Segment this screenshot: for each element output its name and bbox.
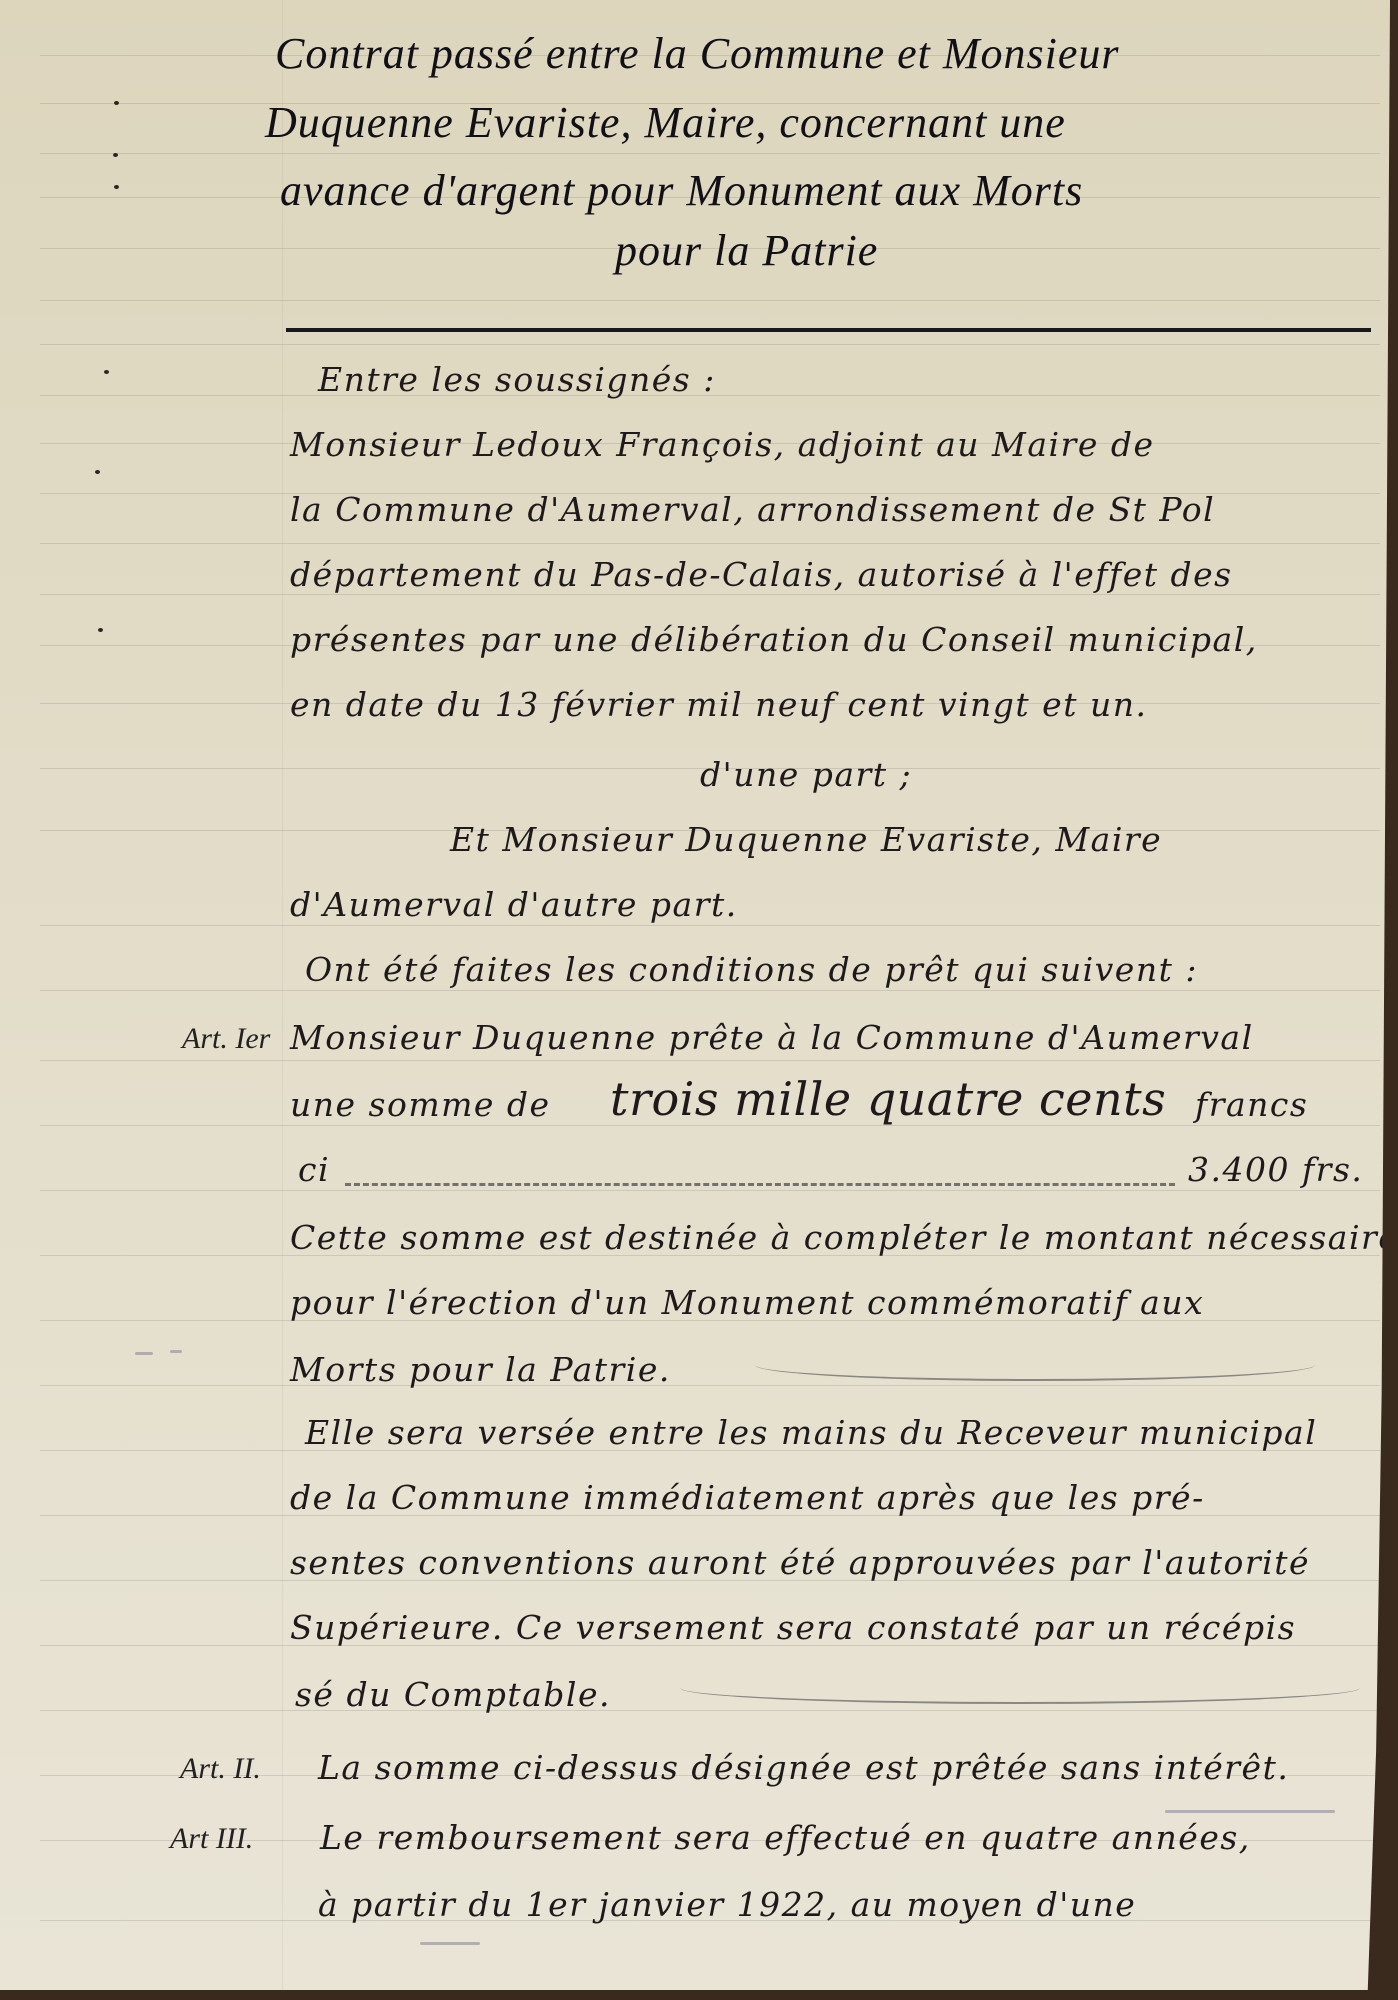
article-label: Art. II. xyxy=(180,1752,261,1786)
body-line: d'une part ; xyxy=(700,755,912,794)
ruled-line xyxy=(40,1190,1380,1191)
title-line-3: avance d'argent pour Monument aux Morts xyxy=(280,165,1083,216)
margin-line xyxy=(282,0,283,1990)
ruled-line xyxy=(40,300,1380,301)
article-line: une somme de xyxy=(290,1085,551,1124)
body-line: département du Pas-de-Calais, autorisé à… xyxy=(290,555,1233,594)
article-line: Le remboursement sera effectué en quatre… xyxy=(320,1818,1251,1857)
document-page: Contrat passé entre la Commune et Monsie… xyxy=(0,0,1390,1990)
ink-dot xyxy=(114,101,119,105)
body-line: Entre les soussignés : xyxy=(318,360,716,399)
amount-unit: francs xyxy=(1195,1085,1308,1124)
ruled-line xyxy=(40,344,1380,345)
heading-rule xyxy=(286,328,1371,332)
title-line-1: Contrat passé entre la Commune et Monsie… xyxy=(275,28,1120,79)
body-line: Et Monsieur Duquenne Evariste, Maire xyxy=(450,820,1162,859)
flourish-line xyxy=(755,1365,1315,1381)
article-label: Art III. xyxy=(170,1822,253,1856)
pencil-mark xyxy=(420,1942,480,1945)
body-line: Ont été faites les conditions de prêt qu… xyxy=(305,950,1198,989)
ink-dot xyxy=(104,370,109,374)
body-line: Monsieur Ledoux François, adjoint au Mai… xyxy=(290,425,1155,464)
article-line: de la Commune immédiatement après que le… xyxy=(290,1478,1205,1517)
article-line: La somme ci-dessus désignée est prêtée s… xyxy=(318,1748,1289,1787)
amount-words: trois mille quatre cents xyxy=(610,1072,1166,1126)
body-line: d'Aumerval d'autre part. xyxy=(290,885,738,924)
ruled-line xyxy=(40,925,1380,926)
amount-figure: 3.400 frs. xyxy=(1188,1150,1363,1189)
ruled-line xyxy=(40,990,1380,991)
pencil-mark xyxy=(1165,1810,1335,1813)
body-line: présentes par une délibération du Consei… xyxy=(290,620,1258,659)
article-line: sé du Comptable. xyxy=(295,1675,611,1714)
ink-dot xyxy=(98,628,103,632)
ruled-line xyxy=(40,1710,1380,1711)
title-line-2: Duquenne Evariste, Maire, concernant une xyxy=(265,97,1066,148)
ruled-line xyxy=(40,153,1380,154)
article-line: Elle sera versée entre les mains du Rece… xyxy=(305,1413,1317,1452)
body-line: la Commune d'Aumerval, arrondissement de… xyxy=(290,490,1215,529)
article-line: Cette somme est destinée à compléter le … xyxy=(290,1218,1398,1257)
pencil-mark xyxy=(135,1352,153,1355)
title-line-4: pour la Patrie xyxy=(615,225,878,276)
article-line: ci xyxy=(298,1150,330,1189)
article-line: Morts pour la Patrie. xyxy=(290,1350,671,1389)
ruled-line xyxy=(40,594,1380,595)
article-line: pour l'érection d'un Monument commémorat… xyxy=(290,1283,1204,1322)
ink-dot xyxy=(113,153,118,157)
ruled-line xyxy=(40,1385,1380,1386)
dotted-leader xyxy=(345,1183,1175,1186)
ink-dot xyxy=(114,185,119,189)
article-line: Monsieur Duquenne prête à la Commune d'A… xyxy=(290,1018,1254,1057)
article-label: Art. Ier xyxy=(182,1022,270,1056)
pencil-mark xyxy=(170,1350,182,1353)
article-line: sentes conventions auront été approuvées… xyxy=(290,1543,1310,1582)
flourish-line xyxy=(680,1688,1360,1704)
article-line: Supérieure. Ce versement sera constaté p… xyxy=(290,1608,1296,1647)
ink-dot xyxy=(95,470,100,474)
ruled-line xyxy=(40,543,1380,544)
body-line: en date du 13 février mil neuf cent ving… xyxy=(290,685,1147,724)
ruled-line xyxy=(40,1060,1380,1061)
article-line: à partir du 1er janvier 1922, au moyen d… xyxy=(318,1885,1136,1924)
